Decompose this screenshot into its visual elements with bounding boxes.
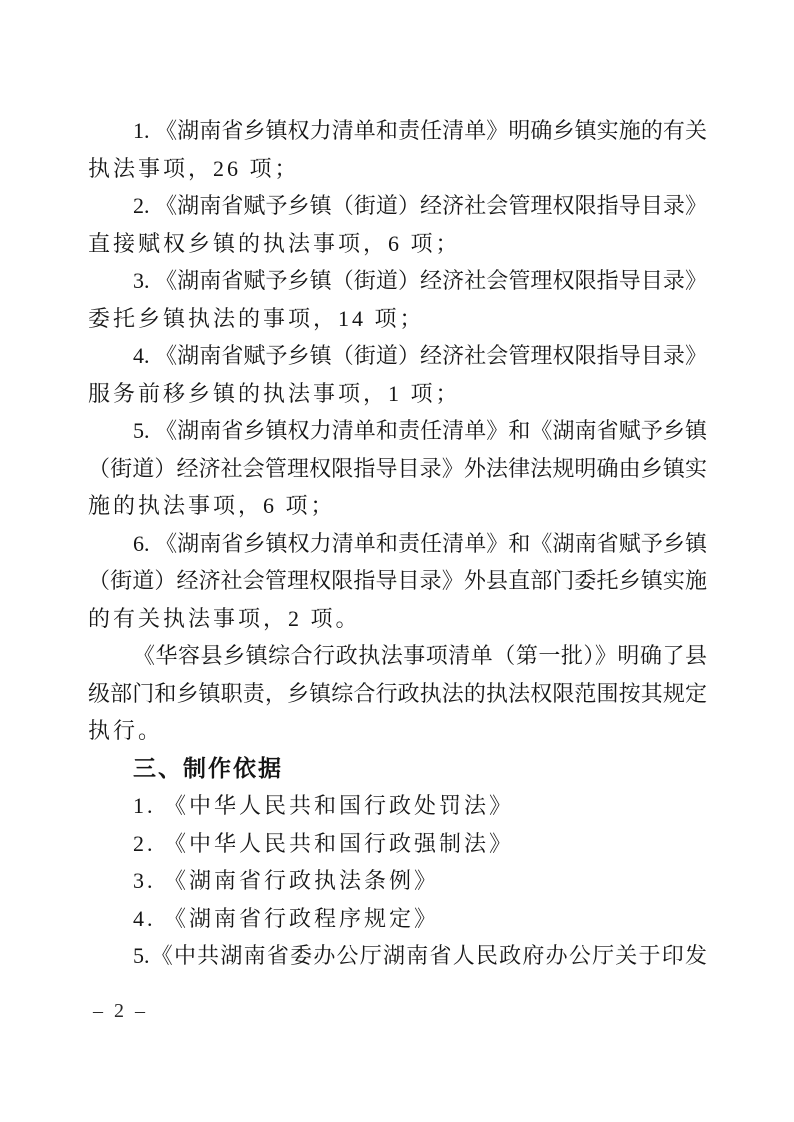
document-line: 3. 《湖南省行政执法条例》 bbox=[88, 862, 707, 900]
document-line: 服务前移乡镇的执法事项，1 项； bbox=[88, 375, 707, 413]
document-line: 执行。 bbox=[88, 712, 707, 750]
document-line: （街道）经济社会管理权限指导目录》外法律法规明确由乡镇实 bbox=[88, 450, 707, 488]
document-line: 4. 《湖南省赋予乡镇（街道）经济社会管理权限指导目录》 bbox=[88, 337, 707, 375]
document-line: 1. 《湖南省乡镇权力清单和责任清单》明确乡镇实施的有关 bbox=[88, 112, 707, 150]
document-content: 1. 《湖南省乡镇权力清单和责任清单》明确乡镇实施的有关执法事项，26 项；2.… bbox=[88, 112, 707, 975]
document-page: 1. 《湖南省乡镇权力清单和责任清单》明确乡镇实施的有关执法事项，26 项；2.… bbox=[0, 0, 794, 1122]
page-number-footer: – 2 – bbox=[93, 1000, 148, 1023]
document-line: 的有关执法事项，2 项。 bbox=[88, 600, 707, 638]
document-line: 4. 《湖南省行政程序规定》 bbox=[88, 900, 707, 938]
document-line: 《华容县乡镇综合行政执法事项清单（第一批）》明确了县 bbox=[88, 637, 707, 675]
document-line: 2. 《湖南省赋予乡镇（街道）经济社会管理权限指导目录》 bbox=[88, 187, 707, 225]
document-line: 直接赋权乡镇的执法事项，6 项； bbox=[88, 225, 707, 263]
document-line: 5.《中共湖南省委办公厅湖南省人民政府办公厅关于印发〈规 bbox=[88, 937, 707, 975]
document-line: 3. 《湖南省赋予乡镇（街道）经济社会管理权限指导目录》 bbox=[88, 262, 707, 300]
document-line: 执法事项，26 项； bbox=[88, 150, 707, 188]
document-line: 级部门和乡镇职责，乡镇综合行政执法的执法权限范围按其规定 bbox=[88, 675, 707, 713]
document-line: 三、制作依据 bbox=[88, 750, 707, 788]
document-line: 施的执法事项，6 项； bbox=[88, 487, 707, 525]
document-line: 2. 《中华人民共和国行政强制法》 bbox=[88, 825, 707, 863]
document-line: 委托乡镇执法的事项，14 项； bbox=[88, 300, 707, 338]
document-line: 6. 《湖南省乡镇权力清单和责任清单》和《湖南省赋予乡镇 bbox=[88, 525, 707, 563]
document-line: 5. 《湖南省乡镇权力清单和责任清单》和《湖南省赋予乡镇 bbox=[88, 412, 707, 450]
document-line: （街道）经济社会管理权限指导目录》外县直部门委托乡镇实施 bbox=[88, 562, 707, 600]
document-line: 1. 《中华人民共和国行政处罚法》 bbox=[88, 787, 707, 825]
